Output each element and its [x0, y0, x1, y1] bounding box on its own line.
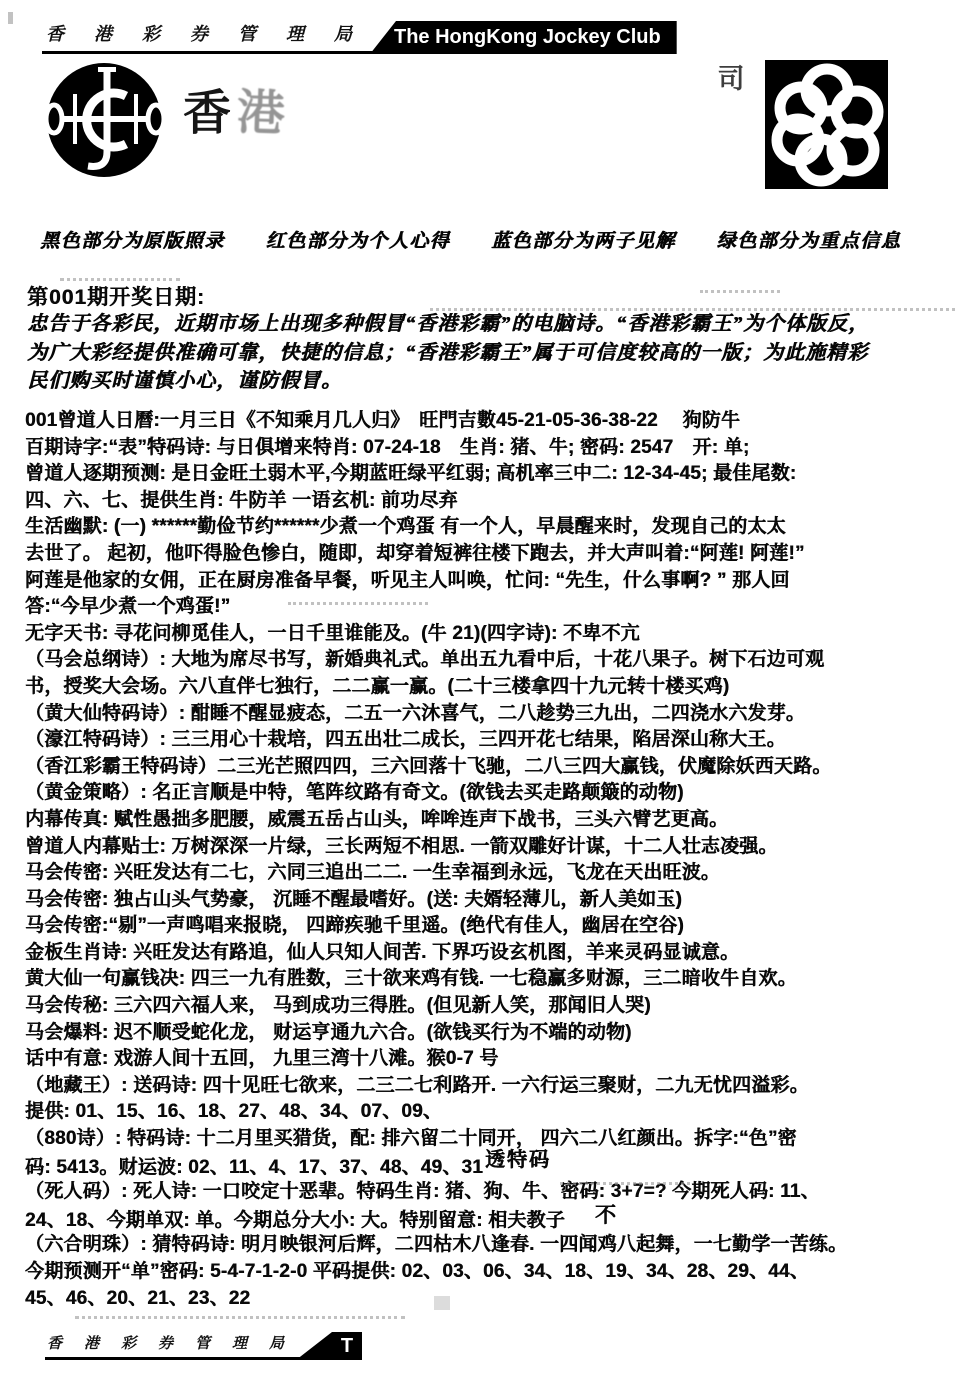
text-line: 马会爆料: 迟不顺受蛇化龙， 财运亨通九六合。(欲钱买行为不端的动物)	[25, 1017, 960, 1044]
text-line: 四、六、七、提供生肖: 牛防羊 一语玄机: 前功尽弃	[25, 485, 960, 512]
text-line: 话中有意: 戏游人间十五回， 九里三湾十八滩。猴0-7 号	[25, 1043, 960, 1070]
text-line: 马会传密: 兴旺发达有二七，六同三追出二二. 一生幸福到永远，飞龙在天出旺波。	[25, 857, 960, 884]
text-line: （死人码）: 死人诗: 一口咬定十恶辈。特码生肖: 猪、狗、牛、密码: 3+7=…	[25, 1176, 960, 1203]
scan-artifact	[434, 1296, 450, 1310]
prediction-content: 001曾道人日曆:一月三日《不知乘月几人归》 旺門吉數45-21-05-36-3…	[25, 405, 960, 1309]
scan-artifact	[288, 602, 428, 605]
offset-annotation: 不	[595, 1204, 616, 1227]
text-line: （香江彩霸王特码诗）二三光芒照四四，三六回落十飞驰，二八三四大赢钱，伏魔除妖西天…	[25, 751, 960, 778]
caption-char-1: 香	[183, 87, 237, 140]
color-legend-line: 黑色部分为原版照录 红色部分为个人心得 蓝色部分为两子见解 绿色部分为重点信息	[40, 226, 901, 253]
raised-annotation: 透特码	[485, 1149, 551, 1171]
agency-title-cn: 香港彩券管理局	[42, 20, 384, 54]
text-line: （六合明珠）: 猜特码诗: 明月映银河后辉，二四枯木八逢春. 一四闻鸡八起舞，一…	[25, 1229, 960, 1256]
text-line: 书，授奖大会场。六八直伴七独行，二二赢一赢。(二十三楼拿四十九元转十楼买鸡)	[25, 671, 960, 698]
notice-line: 忠告于各彩民，近期市场上出现多种假冒“香港彩霸”的电脑诗。“香港彩霸王”为个体版…	[27, 310, 947, 339]
text-line: 码: 5413。财运波: 02、11、4、17、37、48、49、31透特码	[25, 1150, 960, 1177]
scan-artifact	[430, 308, 955, 311]
masthead: 香港彩券管理局 The HongKong Jockey Club	[42, 20, 677, 54]
issue-title: 第001期开奖日期:	[27, 281, 205, 311]
scan-artifact	[700, 290, 780, 293]
notice-line: 民们购买时谨慎小心，谨防假冒。	[27, 367, 947, 396]
text-line: 曾道人逐期预测: 是日金旺土弱木平,今期蓝旺绿平红弱; 高机率三中二: 12-3…	[25, 458, 960, 485]
notice-line: 为广大彩经提供准确可靠，快捷的信息；“香港彩霸王”属于可信度较高的一版；为此施精…	[27, 339, 947, 368]
text-line: 今期预测开“单”密码: 5-4-7-1-2-0 平码提供: 02、03、06、3…	[25, 1256, 960, 1283]
text-line: 45、46、20、21、23、22	[25, 1283, 960, 1310]
anti-counterfeit-notice: 忠告于各彩民，近期市场上出现多种假冒“香港彩霸”的电脑诗。“香港彩霸王”为个体版…	[27, 310, 947, 396]
hongkong-caption: 香港	[183, 74, 291, 143]
text-line: 黄大仙一句赢钱决: 四三一九有胜数，三十欲来鸡有钱. 一七稳赢多财源，三二暗收牛…	[25, 963, 960, 990]
text-line: 阿莲是他家的女佣，正在厨房准备早餐，听见主人叫唤，忙问: “先生，什么事啊? ”…	[25, 565, 960, 592]
text-line: 24、18、今期单双: 单。今期总分大小: 大。特别留意: 相夫教子不	[25, 1203, 960, 1230]
text-line: 无字天书: 寻花问柳觅佳人，一日千里谁能及。(牛 21)(四字诗): 不卑不亢	[25, 618, 960, 645]
text-line: 答:“今早少煮一个鸡蛋!”	[25, 591, 960, 618]
text-line: 001曾道人日曆:一月三日《不知乘月几人归》 旺門吉數45-21-05-36-3…	[25, 405, 960, 432]
text-line: （地藏王）: 送码诗: 四十见旺七欲来，二三二七利路开. 一六行运三聚财，二九无…	[25, 1070, 960, 1097]
text-line: （黄大仙特码诗）: 酣睡不醒显疲态，二五一六沐喜气，二八趁势三九出，二四浇水六发…	[25, 698, 960, 725]
text-line: 马会传密: 独占山头气势豪， 沉睡不醒最嗜好。(送: 夫婿轻薄儿，新人美如玉)	[25, 884, 960, 911]
scan-artifact	[8, 12, 13, 24]
text-line: 百期诗字:“表”特码诗: 与日俱增来特肖: 07-24-18 生肖: 猪、牛; …	[25, 432, 960, 459]
footer: 香港彩券管理局 T	[45, 1332, 362, 1360]
caption-char-2: 港	[236, 73, 292, 144]
footer-agency-cn: 香港彩券管理局	[45, 1332, 306, 1360]
text-line: 金板生肖诗: 兴旺发达有路追，仙人只知人间苦. 下界巧设玄机图，羊来灵码显诚意。	[25, 937, 960, 964]
text-line: 内幕传真: 赋性愚拙多肥腰，威震五岳占山头，哞哞连声下战书，三头六臂艺更高。	[25, 804, 960, 831]
scanned-lottery-tip-sheet: 香港彩券管理局 The HongKong Jockey Club 香港 司 黑色…	[0, 0, 967, 1388]
text-line: （880诗）: 特码诗: 十二月里买猎货，配: 排六留二十同开， 四六二八红颜出…	[25, 1123, 960, 1150]
faded-character: 司	[716, 66, 746, 92]
footer-t-badge: T	[332, 1332, 362, 1360]
scan-artifact	[75, 1316, 405, 1319]
scan-artifact	[560, 1182, 690, 1185]
six-rings-logo-icon	[765, 60, 888, 189]
text-line: 去世了。 起初，他吓得脸色惨白，随即，却穿着短裤往楼下跑去，并大声叫着:“阿莲!…	[25, 538, 960, 565]
text-line: 马会传密:“剔”一声鸣唱来报晓， 四蹄疾驰千里遥。(绝代有佳人，幽居在空谷)	[25, 910, 960, 937]
text-line: 曾道人内幕贴士: 万树深深一片绿，三长两短不相思. 一箭双雕好计谋，十二人壮志凌…	[25, 831, 960, 858]
scan-artifact	[60, 278, 180, 281]
text-line: 提供: 01、15、16、18、27、48、34、07、09、	[25, 1096, 960, 1123]
text-line: （黄金策略）: 名正言顺是中特，笔阵纹路有奇文。(欲钱去买走路颠簸的动物)	[25, 777, 960, 804]
hkjc-monogram-icon	[46, 56, 164, 190]
jockey-club-banner: The HongKong Jockey Club	[370, 21, 677, 54]
text-line: （马会总纲诗）: 大地为席尽书写，新婚典礼式。单出五九看中后，十花八果子。树下石…	[25, 644, 960, 671]
text-line: （濠江特码诗）: 三三用心十栽培，四五出壮二成长，三四开花七结果，陷居深山称大王…	[25, 724, 960, 751]
text-line: 马会传秘: 三六四六福人来， 马到成功三得胜。(但见新人笑，那闻旧人哭)	[25, 990, 960, 1017]
text-line: 生活幽默: (一) ******勤俭节约******少煮一个鸡蛋 有一个人，早晨…	[25, 511, 960, 538]
footer-triangle-icon	[296, 1332, 332, 1360]
